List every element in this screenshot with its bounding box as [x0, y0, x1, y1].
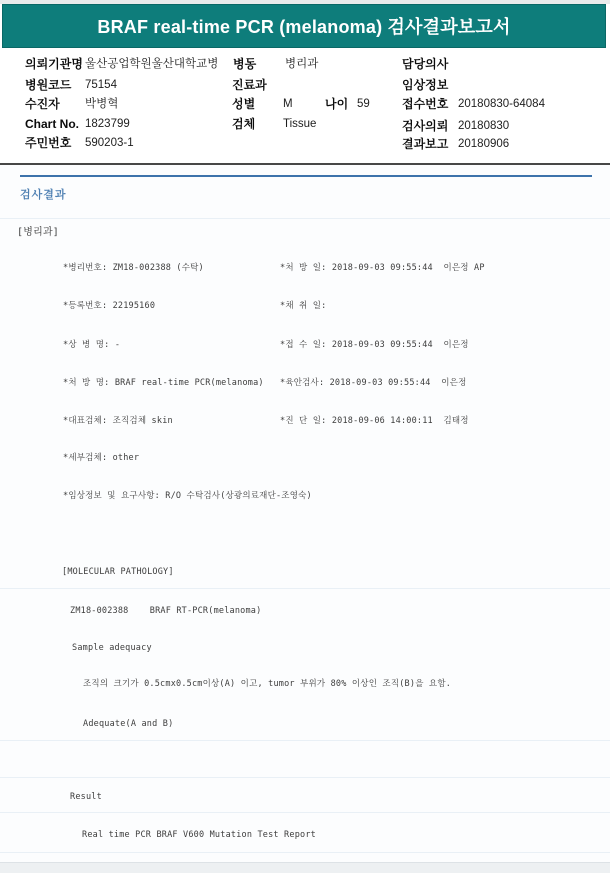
value-accession-no: 20180830-64084 [458, 97, 545, 111]
sample-adequacy-title: Sample adequacy [72, 643, 152, 654]
detail-order-name: *처 방 명: BRAF real-time PCR(melanoma) [63, 378, 264, 389]
detail-pathology-no: *병리번호: ZM18-002388 (수탁) [63, 263, 204, 274]
detail-receipt-date: *접 수 일: 2018-09-03 09:55:44 이은정 [280, 340, 469, 351]
value-hospital-code: 75154 [85, 78, 117, 92]
detail-registration-no: *등록번호: 22195160 [63, 301, 155, 312]
label-resident-no: 주민번호 [25, 136, 71, 150]
label-report-date: 결과보고 [402, 137, 448, 151]
label-ward: 병동 [233, 57, 256, 71]
report-title: BRAF real-time PCR (melanoma) 검사결과보고서 [97, 13, 510, 39]
label-doctor: 담당의사 [402, 57, 448, 71]
department-tag: [병리과] [17, 227, 59, 238]
label-patient: 수진자 [25, 97, 60, 111]
molecular-case-line: ZM18-002388 BRAF RT-PCR(melanoma) [70, 606, 261, 617]
separator-line [0, 777, 610, 778]
value-ward: 병리과 [285, 57, 318, 71]
value-request-date: 20180830 [458, 119, 509, 133]
report-page: BRAF real-time PCR (melanoma) 검사결과보고서 의뢰… [0, 0, 610, 873]
separator-line [0, 852, 610, 853]
separator-line [0, 588, 610, 589]
report-title-banner: BRAF real-time PCR (melanoma) 검사결과보고서 [2, 4, 606, 48]
label-request-date: 검사의뢰 [402, 119, 448, 133]
label-clinical-info: 임상정보 [402, 78, 448, 92]
label-specimen: 검체 [232, 117, 255, 131]
molecular-header: [MOLECULAR PATHOLOGY] [62, 567, 174, 578]
value-chart-no: 1823799 [85, 117, 130, 131]
label-request-org: 의뢰기관명 [25, 57, 83, 71]
value-resident-no: 590203-1 [85, 136, 134, 150]
value-request-org: 울산공업학원울산대학교병 [85, 57, 218, 71]
label-department: 진료과 [232, 78, 267, 92]
detail-diagnosis-name: *상 병 명: - [63, 340, 120, 351]
result-line: Real time PCR BRAF V600 Mutation Test Re… [82, 830, 316, 841]
results-section-title: 검사결과 [20, 186, 67, 202]
value-sex: M [283, 97, 293, 111]
detail-sub-specimen: *세부검체: other [63, 453, 139, 464]
detail-order-date: *처 방 일: 2018-09-03 09:55:44 이은정 AP [280, 263, 485, 274]
detail-gross-exam: *육안검사: 2018-09-03 09:55:44 이은정 [280, 378, 467, 389]
label-sex: 성별 [232, 97, 255, 111]
value-report-date: 20180906 [458, 137, 509, 151]
value-age: 59 [357, 97, 370, 111]
adequacy-result: Adequate(A and B) [83, 719, 173, 730]
separator-line [0, 218, 610, 219]
value-patient: 박병혁 [85, 97, 118, 111]
detail-diagnosis-date: *진 단 일: 2018-09-06 14:00:11 김태정 [280, 416, 469, 427]
bottom-margin-strip [0, 862, 610, 873]
detail-main-specimen: *대표검체: 조직검체 skin [63, 416, 173, 427]
separator-line [0, 812, 610, 813]
label-age: 나이 [325, 97, 348, 111]
label-hospital-code: 병원코드 [25, 78, 71, 92]
detail-collection-date: *채 취 일: [280, 301, 327, 312]
value-specimen: Tissue [283, 117, 316, 131]
label-chart-no: Chart No. [25, 117, 79, 131]
label-accession-no: 접수번호 [402, 97, 448, 111]
results-top-rule [20, 175, 592, 177]
result-title: Result [70, 792, 102, 803]
adequacy-criteria: 조직의 크기가 0.5cmx0.5cm이상(A) 이고, tumor 부위가 8… [83, 679, 451, 690]
separator-line [0, 740, 610, 741]
detail-clinical-request: *임상정보 및 요구사항: R/O 수탁검사(상광의료재단-조영숙) [63, 491, 312, 502]
